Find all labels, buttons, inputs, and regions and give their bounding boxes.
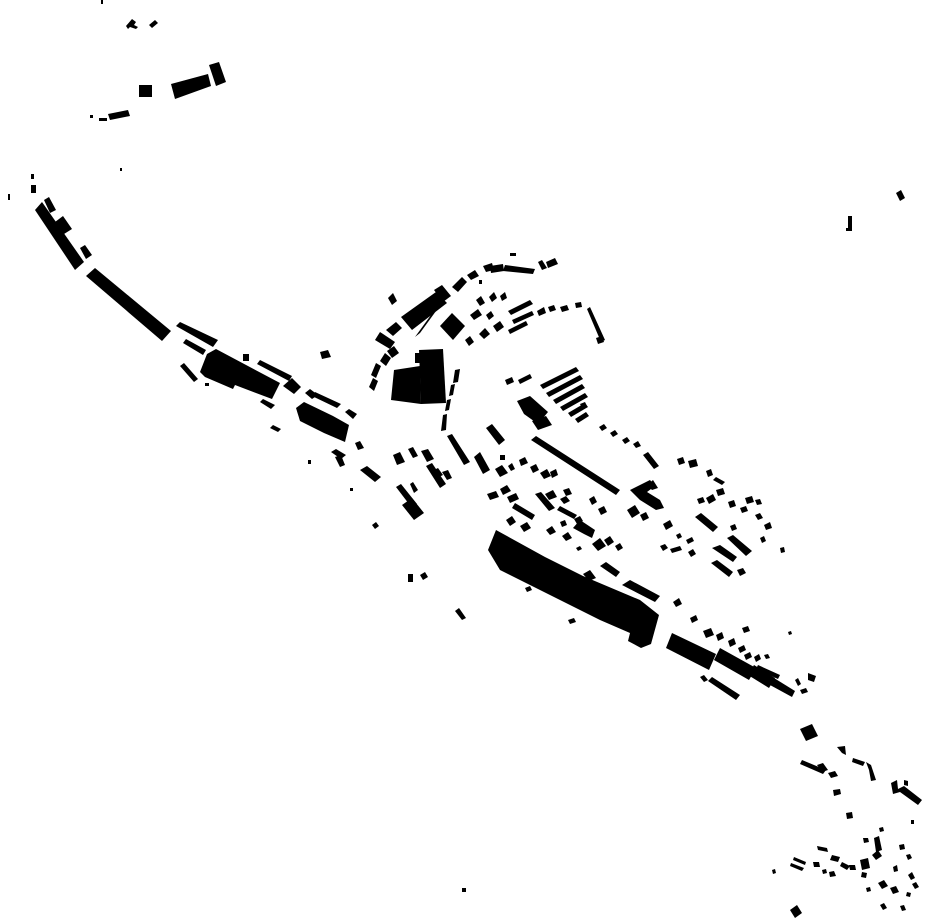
building-layer <box>8 0 922 918</box>
building-footprint-map <box>0 0 930 924</box>
footprint-canvas <box>0 0 930 924</box>
